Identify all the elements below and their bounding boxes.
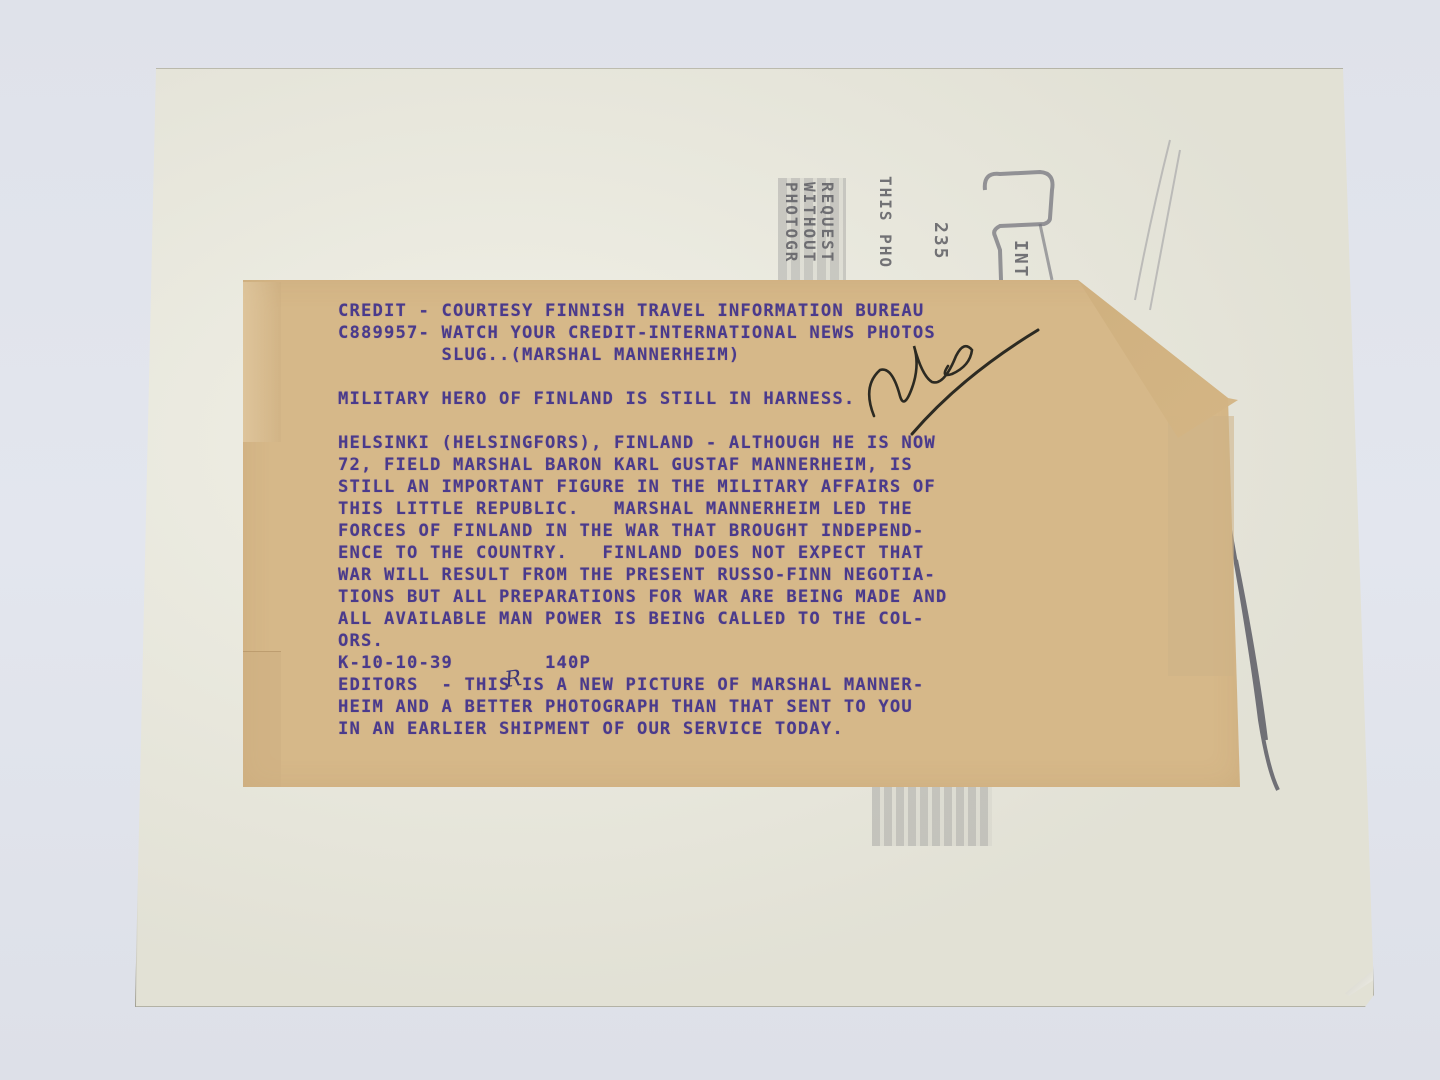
body-line: WAR WILL RESULT FROM THE PRESENT RUSSO-F…: [338, 564, 1098, 586]
stamp-text-top-0: PHOTOGR: [782, 182, 801, 263]
body-line: TIONS BUT ALL PREPARATIONS FOR WAR ARE B…: [338, 586, 1098, 608]
tape-strip: [243, 651, 281, 787]
editors-note-line: EDITORS - THIS IS A NEW PICTURE OF MARSH…: [338, 674, 1098, 696]
tape-strip: [243, 282, 281, 442]
credit-line: CREDIT - COURTESY FINNISH TRAVEL INFORMA…: [338, 300, 1098, 322]
body-line: 72, FIELD MARSHAL BARON KARL GUSTAF MANN…: [338, 454, 1098, 476]
stamp-line-top: THIS PHO: [876, 176, 895, 269]
stamp-text-top-1: WITHOUT: [800, 182, 819, 263]
body-line: ORS.: [338, 630, 1098, 652]
signature-scribble: [852, 326, 1042, 436]
handwritten-initial: R: [503, 666, 523, 693]
editors-note-line: HEIM AND A BETTER PHOTOGRAPH THAN THAT S…: [338, 696, 1098, 718]
editors-note-line: IN AN EARLIER SHIPMENT OF OUR SERVICE TO…: [338, 718, 1098, 740]
body-line: ALL AVAILABLE MAN POWER IS BEING CALLED …: [338, 608, 1098, 630]
stamp-text-top-2: REQUEST: [818, 182, 837, 263]
stamp-block-bottom: [872, 786, 992, 846]
stamp-number: 235: [930, 222, 951, 261]
dateline: K-10-10-39 140P: [338, 652, 1098, 674]
body-line: THIS LITTLE REPUBLIC. MARSHAL MANNERHEIM…: [338, 498, 1098, 520]
body-line: FORCES OF FINLAND IN THE WAR THAT BROUGH…: [338, 520, 1098, 542]
body-line: ENCE TO THE COUNTRY. FINLAND DOES NOT EX…: [338, 542, 1098, 564]
tape-strip: [1168, 416, 1234, 676]
body-line: STILL AN IMPORTANT FIGURE IN THE MILITAR…: [338, 476, 1098, 498]
stamp-box-text: INT: [1010, 240, 1031, 279]
